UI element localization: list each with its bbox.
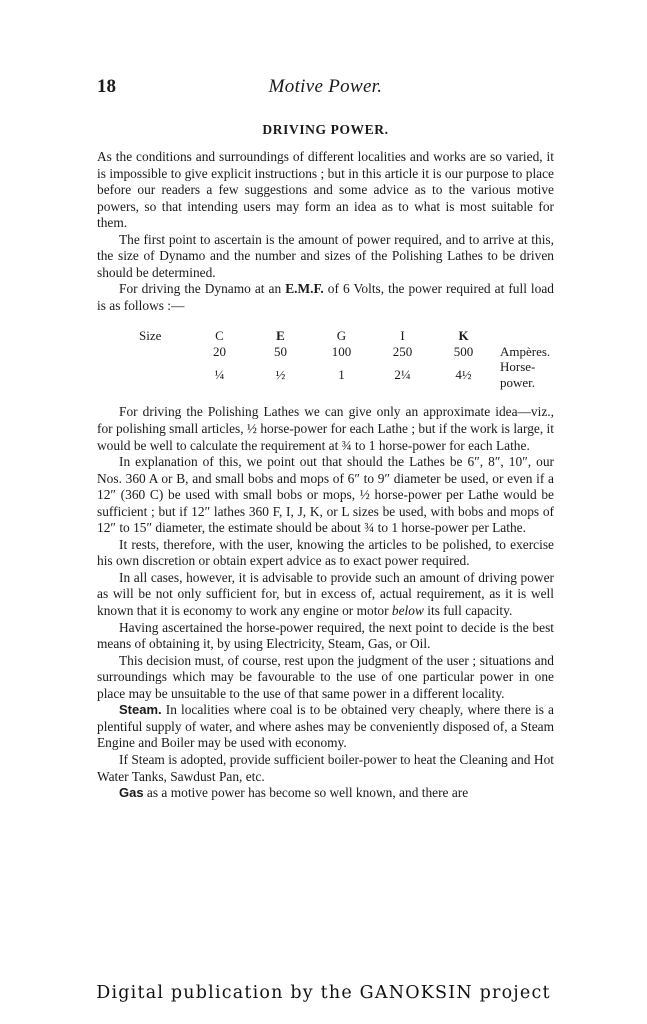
paragraph: This decision must, of course, rest upon…	[97, 653, 554, 703]
size-cell: I	[372, 328, 433, 344]
table-row-amperes: 20 50 100 250 500 Ampères.	[139, 344, 554, 360]
horsepower-cell: ½	[250, 359, 311, 390]
run-in-heading-gas: Gas	[119, 785, 144, 800]
publication-footer: Digital publication by the GANOKSIN proj…	[0, 983, 647, 1003]
section-title: DRIVING POWER.	[97, 122, 554, 138]
paragraph: Having ascertained the horse-power requi…	[97, 620, 554, 653]
paragraph: In explanation of this, we point out tha…	[97, 454, 554, 537]
horsepower-cell: 1	[311, 359, 372, 390]
paragraph: Gas as a motive power has become so well…	[97, 785, 554, 802]
size-label: Size	[139, 328, 189, 344]
horsepower-cell: 4½	[433, 359, 494, 390]
paragraph: The first point to ascertain is the amou…	[97, 232, 554, 282]
size-cell: K	[433, 328, 494, 344]
amperes-cell: 500	[433, 344, 494, 360]
running-head: 18 Motive Power.	[97, 76, 554, 98]
size-cell: G	[311, 328, 372, 344]
dynamo-power-table: Size C E G I K 20 50 100 250 500 Ampères…	[139, 328, 554, 390]
horsepower-cell: 2¼	[372, 359, 433, 390]
horsepower-unit: Horse-power.	[494, 359, 554, 390]
size-cell: C	[189, 328, 250, 344]
table-row-horsepower: ¼ ½ 1 2¼ 4½ Horse-power.	[139, 359, 554, 390]
emphasis: below	[392, 603, 424, 618]
paragraph: As the conditions and surroundings of di…	[97, 149, 554, 232]
paragraph: If Steam is adopted, provide sufficient …	[97, 752, 554, 785]
text-run: its full capacity.	[424, 603, 512, 618]
paragraph: It rests, therefore, with the user, know…	[97, 537, 554, 570]
text-run: For driving the Dynamo at an	[119, 281, 285, 296]
size-cell: E	[250, 328, 311, 344]
table-row-sizes: Size C E G I K	[139, 328, 554, 344]
amperes-cell: 250	[372, 344, 433, 360]
amperes-cell: 100	[311, 344, 372, 360]
text-run: as a motive power has become so well kno…	[144, 785, 469, 800]
emf-abbrev: E.M.F.	[285, 281, 324, 296]
amperes-unit: Ampères.	[494, 344, 554, 360]
running-title: Motive Power.	[97, 76, 554, 98]
body-text: As the conditions and surroundings of di…	[97, 149, 554, 802]
amperes-cell: 20	[189, 344, 250, 360]
paragraph: For driving the Dynamo at an E.M.F. of 6…	[97, 281, 554, 314]
text-run: In localities where coal is to be obtain…	[97, 702, 554, 750]
amperes-cell: 50	[250, 344, 311, 360]
paragraph: Steam. In localities where coal is to be…	[97, 702, 554, 752]
horsepower-cell: ¼	[189, 359, 250, 390]
run-in-heading-steam: Steam.	[119, 702, 162, 717]
paragraph: In all cases, however, it is advisable t…	[97, 570, 554, 620]
paragraph: For driving the Polishing Lathes we can …	[97, 404, 554, 454]
